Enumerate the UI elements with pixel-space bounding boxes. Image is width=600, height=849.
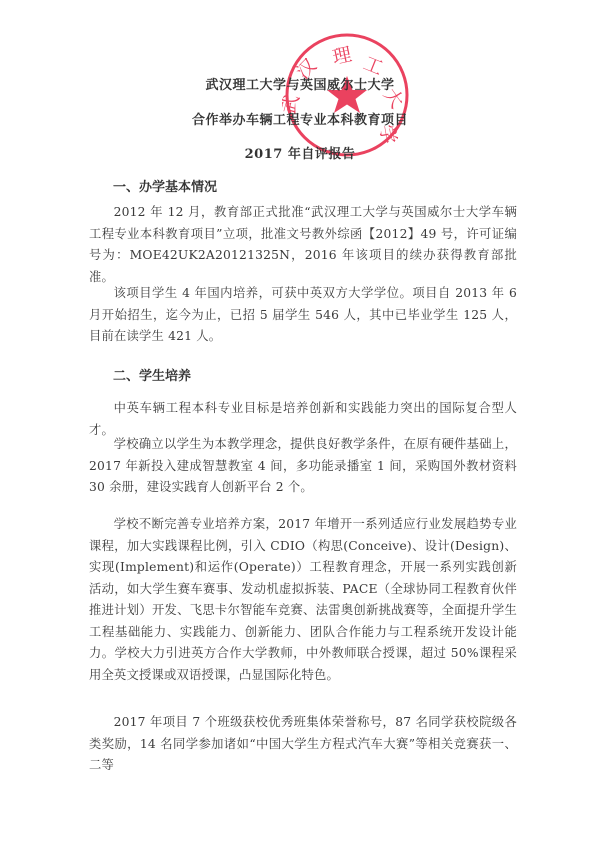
document-title-line-3: 2017 年自评报告 [0, 143, 600, 162]
paragraph-awards: 2017 年项目 7 个班级获校优秀班集体荣誉称号，87 名同学获校院级各类奖励… [89, 712, 517, 777]
paragraph-enrollment: 该项目学生 4 年国内培养，可获中英双方大学学位。项目自 2013 年 6 月开… [89, 283, 517, 348]
document-page: 理 工 大 学 汉 武 武汉理工大学与英国威尔士大学 合作举办车辆工程专业本科教… [0, 0, 600, 849]
paragraph-approval: 2012 年 12 月，教育部正式批准“武汉理工大学与英国威尔士大学车辆工程专业… [89, 202, 517, 288]
document-title-line-2: 合作举办车辆工程专业本科教育项目 [0, 109, 600, 128]
paragraph-facilities: 学校确立以学生为本教学理念，提供良好教学条件，在原有硬件基础上，2017 年新投… [89, 434, 517, 499]
document-title-line-1: 武汉理工大学与英国威尔士大学 [0, 74, 600, 93]
official-seal-icon: 理 工 大 学 汉 武 [282, 30, 412, 160]
section-heading-student-training: 二、学生培养 [113, 365, 191, 384]
paragraph-curriculum: 学校不断完善专业培养方案，2017 年增开一系列适应行业发展趋势专业课程，加大实… [89, 514, 517, 686]
section-heading-basic-info: 一、办学基本情况 [113, 176, 217, 195]
svg-text:理: 理 [330, 43, 353, 68]
